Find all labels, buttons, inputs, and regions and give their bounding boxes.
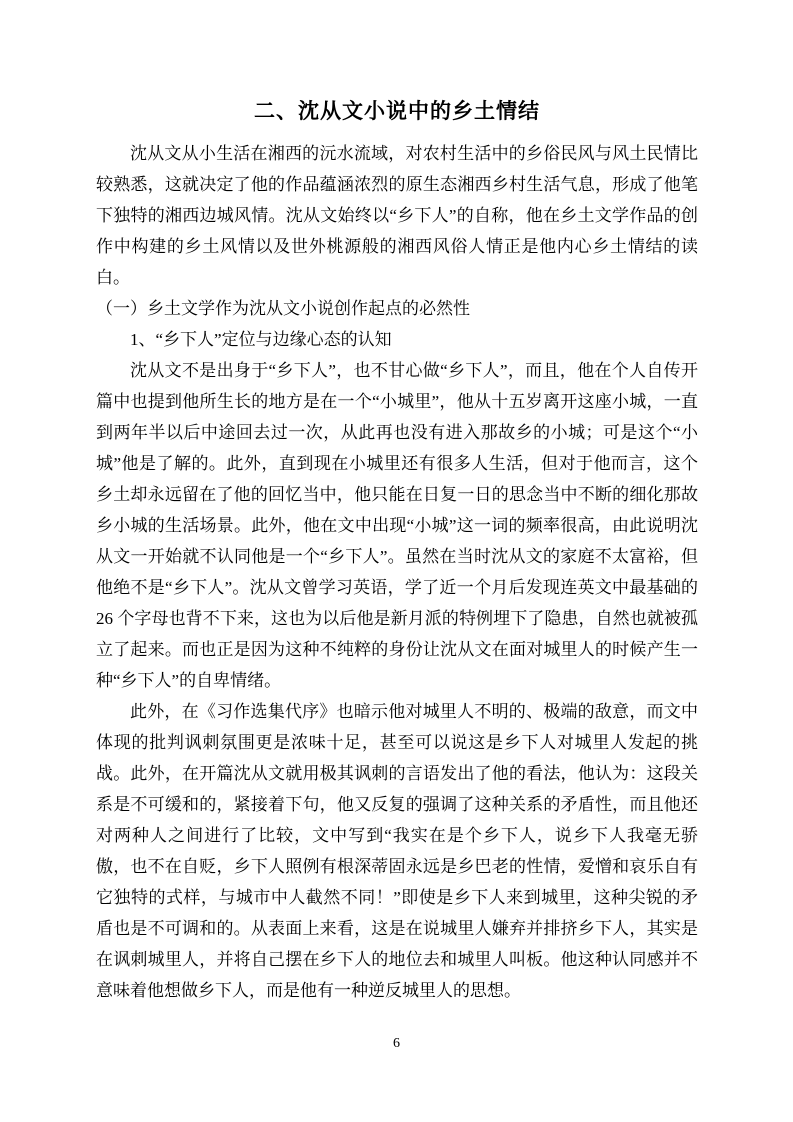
paragraph-body-2: 此外，在《习作选集代序》也暗示他对城里人不明的、极端的敌意，而文中体现的批判讽刺… xyxy=(96,696,698,1006)
page-number: 6 xyxy=(0,1034,793,1054)
page-content: 二、沈从文小说中的乡土情结 沈从文从小生活在湘西的沅水流域，对农村生活中的乡俗民… xyxy=(96,96,698,1006)
paragraph-body-1: 沈从文不是出身于“乡下人”，也不甘心做“乡下人”，而且，他在个人自传开篇中也提到… xyxy=(96,355,698,696)
section-heading: （一）乡土文学作为沈从文小说创作起点的必然性 xyxy=(96,293,698,324)
subsection-heading: 1、“乡下人”定位与边缘心态的认知 xyxy=(96,324,698,355)
document-title: 二、沈从文小说中的乡土情结 xyxy=(96,96,698,128)
paragraph-intro: 沈从文从小生活在湘西的沅水流域，对农村生活中的乡俗民风与风土民情比较熟悉，这就决… xyxy=(96,138,698,293)
document-page: 二、沈从文小说中的乡土情结 沈从文从小生活在湘西的沅水流域，对农村生活中的乡俗民… xyxy=(0,0,793,1122)
